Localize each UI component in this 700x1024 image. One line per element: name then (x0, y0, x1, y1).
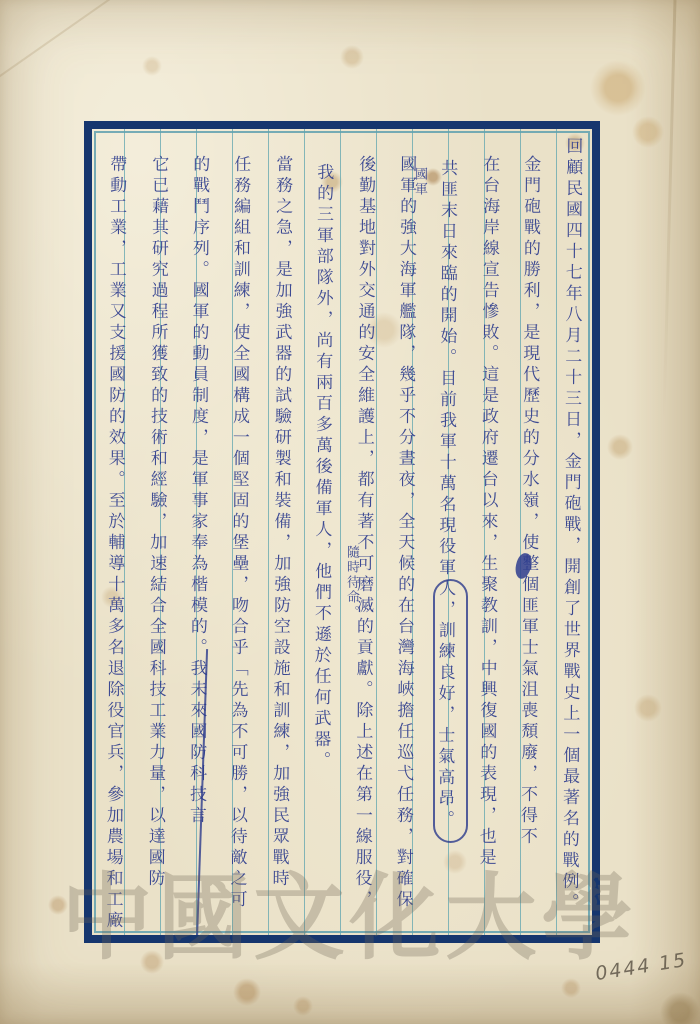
manuscript-column: 帶動工業，工業又支援國防的效果。至於輔導十萬多名退除役官兵，參加農場和工廠 (92, 129, 137, 935)
manuscript-column: 國軍的強大海軍艦隊，幾乎不分晝夜，全天候的在台灣海峽擔任巡弋任務，對確保 (381, 129, 427, 935)
circled-phrase-mark (433, 579, 468, 843)
manuscript-column: 當務之急，是加強武器的試驗研製和裝備，加強防空設施和訓練，加強民眾戰時 (257, 129, 303, 935)
paper-crease (663, 0, 677, 420)
manuscript-column: 在台海岸線宣告慘敗。這是政府遷台以來，生聚教訓，中興復國的表現，也是 (464, 129, 510, 935)
writing-area: 回顧民國四十七年八月二十三日，金門砲戰，開創了世界戰史上一個最著名的戰例。金門砲… (92, 129, 592, 935)
manuscript-frame: 回顧民國四十七年八月二十三日，金門砲戰，開創了世界戰史上一個最著名的戰例。金門砲… (84, 121, 600, 943)
manuscript-column: 它已藉其研究過程所獲致的技術和經驗，加速結合全國科技工業力量，以達國防 (133, 129, 179, 935)
archive-page-number: 0444 15 (594, 949, 689, 985)
paper-crease (0, 0, 116, 88)
manuscript-column: 的戰鬥序列。國軍的動員制度，是軍事家奉為楷模的。我未來國防科技言 (174, 129, 220, 935)
manuscript-column: 後勤基地對外交通的安全維護上，都有著不可磨滅的貢獻。除上述在第一線服役， (340, 129, 386, 935)
manuscript-columns: 回顧民國四十七年八月二十三日，金門砲戰，開創了世界戰史上一個最著名的戰例。金門砲… (92, 129, 592, 935)
manuscript-column: 我的三軍部隊外，尚有兩百多萬後備軍人，他們不遜於任何武器。 (298, 129, 344, 935)
scanned-paper: 回顧民國四十七年八月二十三日，金門砲戰，開創了世界戰史上一個最著名的戰例。金門砲… (0, 0, 700, 1024)
manuscript-column: 任務編組和訓練，使全國構成一個堅固的堡壘，吻合乎「先為不可勝，以待敵之可勝」 (215, 129, 261, 935)
inserted-correction-text: 國軍 (410, 167, 429, 197)
inserted-standby-text: 隨時待命。 (342, 545, 361, 620)
manuscript-column: 回顧民國四十七年八月二十三日，金門砲戰，開創了世界戰史上一個最著名的戰例。 (546, 129, 592, 935)
manuscript-column: 金門砲戰的勝利，是現代歷史的分水嶺，使整個匪軍士氣沮喪頹廢，不得不 (505, 129, 551, 935)
